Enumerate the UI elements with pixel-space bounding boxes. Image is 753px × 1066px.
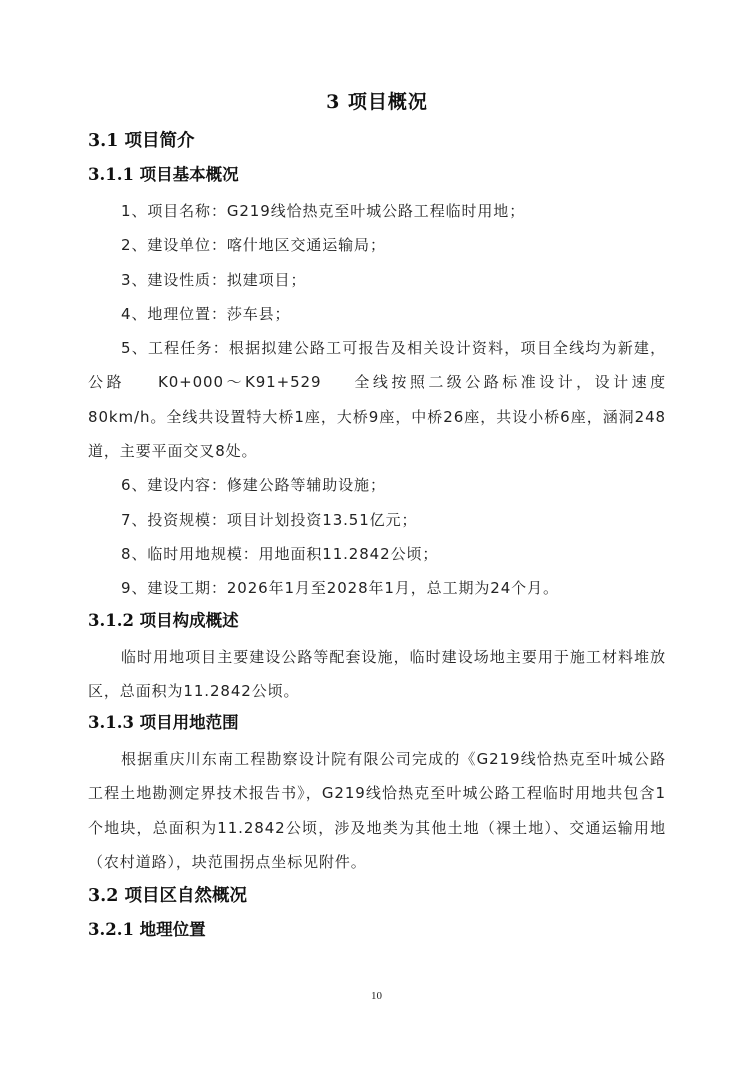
project-composition-paragraph: 临时用地项目主要建设公路等配套设施，临时建设场地主要用于施工材料堆放区，总面积为…: [88, 640, 666, 709]
land-use-scope-paragraph: 根据重庆川东南工程勘察设计院有限公司完成的《G219线恰热克至叶城公路工程土地勘…: [88, 742, 666, 879]
list-item-construction-period: 9、建设工期：2026年1月至2028年1月，总工期为24个月。: [88, 571, 666, 605]
document-page: 3 项目概况 3.1 项目简介 3.1.1 项目基本概况 1、项目名称：G219…: [0, 0, 753, 1066]
section-heading-3-2-1: 3.2.1 地理位置: [88, 915, 666, 945]
list-item-engineering-task: 5、工程任务：根据拟建公路工可报告及相关设计资料，项目全线均为新建，公路 K0+…: [88, 331, 666, 468]
section-heading-3-1: 3.1 项目简介: [88, 126, 666, 156]
page-number: 10: [0, 990, 753, 1002]
chapter-title: 3 项目概况: [88, 86, 666, 118]
project-basic-info-list: 1、项目名称：G219线恰热克至叶城公路工程临时用地； 2、建设单位：喀什地区交…: [88, 194, 666, 606]
list-item-construction-nature: 3、建设性质：拟建项目；: [88, 263, 666, 297]
list-item-location: 4、地理位置：莎车县；: [88, 297, 666, 331]
section-heading-3-1-1: 3.1.1 项目基本概况: [88, 160, 666, 190]
list-item-investment-scale: 7、投资规模：项目计划投资13.51亿元；: [88, 503, 666, 537]
list-item-land-use-scale: 8、临时用地规模：用地面积11.2842公顷；: [88, 537, 666, 571]
list-item-project-name: 1、项目名称：G219线恰热克至叶城公路工程临时用地；: [88, 194, 666, 228]
list-item-construction-unit: 2、建设单位：喀什地区交通运输局；: [88, 228, 666, 262]
page-content: 3 项目概况 3.1 项目简介 3.1.1 项目基本概况 1、项目名称：G219…: [88, 86, 666, 949]
section-heading-3-2: 3.2 项目区自然概况: [88, 881, 666, 911]
section-heading-3-1-2: 3.1.2 项目构成概述: [88, 606, 666, 636]
list-item-construction-content: 6、建设内容：修建公路等辅助设施；: [88, 468, 666, 502]
section-heading-3-1-3: 3.1.3 项目用地范围: [88, 708, 666, 738]
